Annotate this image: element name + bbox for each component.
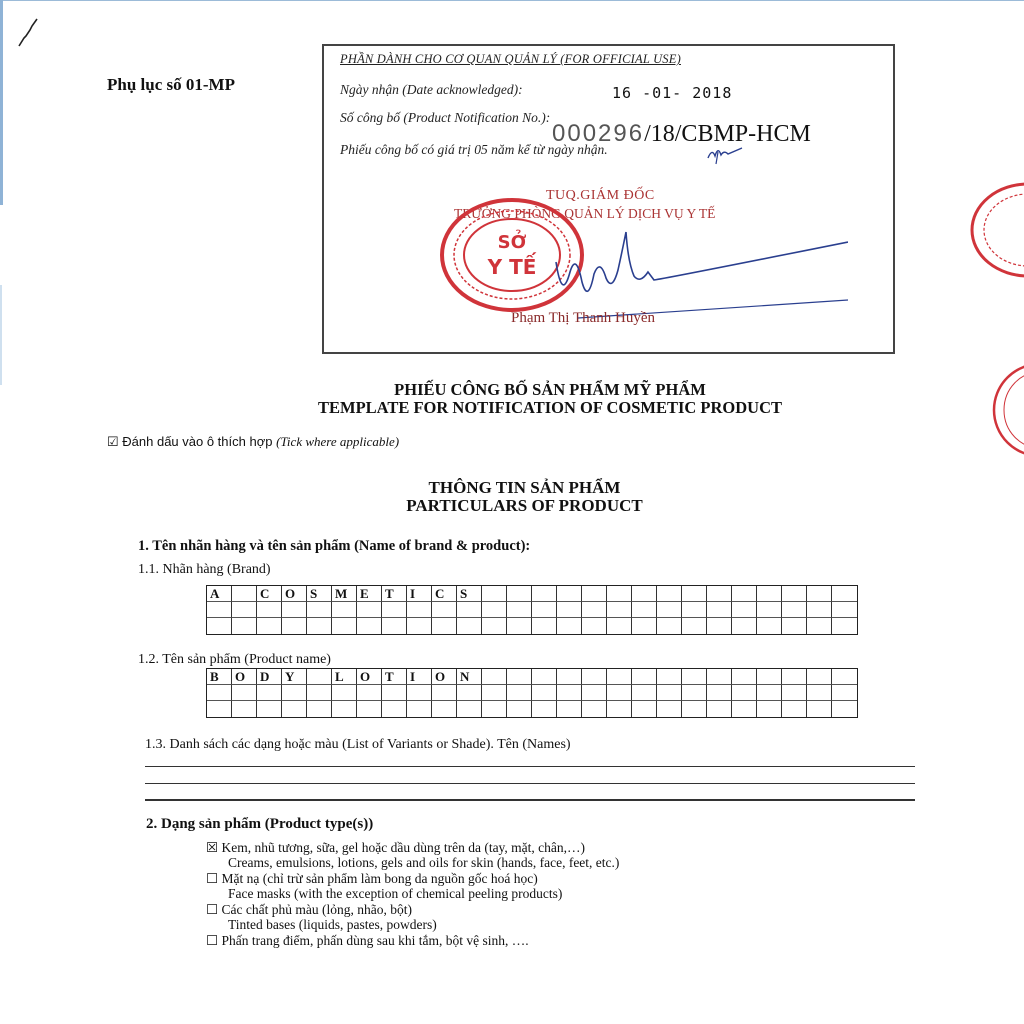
- grid-cell[interactable]: [607, 669, 632, 685]
- grid-cell[interactable]: L: [332, 669, 357, 685]
- appendix-label: Phụ lục số 01-MP: [107, 75, 235, 95]
- grid-cell[interactable]: [207, 618, 232, 634]
- grid-cell[interactable]: [232, 701, 257, 717]
- director-signature-icon: [548, 222, 848, 322]
- grid-cell[interactable]: [657, 669, 682, 685]
- grid-cell[interactable]: [332, 685, 357, 701]
- grid-cell[interactable]: [557, 618, 582, 634]
- grid-cell[interactable]: [457, 602, 482, 618]
- grid-cell[interactable]: [382, 618, 407, 634]
- section-title-en: PARTICULARS OF PRODUCT: [0, 496, 1024, 516]
- checkbox-checked-icon: ☑: [107, 434, 119, 449]
- notification-number-label: Số công bố (Product Notification No.):: [340, 110, 550, 126]
- grid-cell[interactable]: [832, 618, 857, 634]
- product-name-label: 1.2. Tên sản phẩm (Product name): [138, 652, 331, 668]
- grid-cell[interactable]: [507, 602, 532, 618]
- grid-cell[interactable]: [357, 701, 382, 717]
- grid-cell[interactable]: [757, 669, 782, 685]
- grid-cell[interactable]: Y: [282, 669, 307, 685]
- grid-cell[interactable]: [607, 602, 632, 618]
- grid-cell[interactable]: [807, 669, 832, 685]
- checkbox-empty-icon[interactable]: ☐: [206, 933, 218, 948]
- grid-cell[interactable]: [482, 602, 507, 618]
- grid-cell[interactable]: [507, 685, 532, 701]
- brand-label: 1.1. Nhãn hàng (Brand): [138, 562, 271, 578]
- grid-cell[interactable]: [432, 602, 457, 618]
- option-label-vi: Các chất phủ màu (lỏng, nhão, bột): [221, 902, 411, 917]
- option-label-vi: Phấn trang điểm, phấn dùng sau khi tắm, …: [221, 933, 528, 948]
- tick-note-vi: Đánh dấu vào ô thích hợp: [122, 434, 272, 449]
- product-name-grid[interactable]: BODYLOTION: [206, 668, 858, 718]
- grid-cell[interactable]: [382, 602, 407, 618]
- grid-cell[interactable]: [482, 618, 507, 634]
- grid-cell[interactable]: T: [382, 586, 407, 602]
- grid-cell[interactable]: [807, 685, 832, 701]
- grid-cell[interactable]: [532, 685, 557, 701]
- grid-cell[interactable]: [682, 586, 707, 602]
- grid-cell[interactable]: O: [357, 669, 382, 685]
- grid-cell[interactable]: [257, 701, 282, 717]
- grid-cell[interactable]: [557, 701, 582, 717]
- grid-cell[interactable]: B: [207, 669, 232, 685]
- grid-cell[interactable]: [832, 701, 857, 717]
- partial-stamp-icon: [968, 180, 1024, 280]
- grid-cell[interactable]: [807, 586, 832, 602]
- grid-cell[interactable]: [632, 669, 657, 685]
- grid-cell[interactable]: [457, 685, 482, 701]
- grid-cell[interactable]: [707, 602, 732, 618]
- grid-cell[interactable]: [232, 685, 257, 701]
- scan-edge-left-lower: [0, 285, 2, 385]
- form-title-en: TEMPLATE FOR NOTIFICATION OF COSMETIC PR…: [78, 398, 1022, 418]
- grid-cell[interactable]: N: [457, 669, 482, 685]
- grid-cell[interactable]: I: [407, 669, 432, 685]
- grid-cell[interactable]: [632, 586, 657, 602]
- grid-cell[interactable]: [832, 602, 857, 618]
- grid-cell[interactable]: [332, 618, 357, 634]
- grid-cell[interactable]: [807, 602, 832, 618]
- grid-cell[interactable]: [782, 602, 807, 618]
- grid-cell[interactable]: [332, 701, 357, 717]
- grid-cell[interactable]: [232, 586, 257, 602]
- grid-cell[interactable]: O: [432, 669, 457, 685]
- grid-cell[interactable]: [757, 685, 782, 701]
- grid-cell[interactable]: [682, 701, 707, 717]
- grid-cell[interactable]: [732, 701, 757, 717]
- grid-cell[interactable]: [707, 701, 732, 717]
- checkbox-empty-icon[interactable]: ☐: [206, 902, 218, 917]
- grid-cell[interactable]: A: [207, 586, 232, 602]
- grid-cell[interactable]: [407, 701, 432, 717]
- grid-cell[interactable]: [282, 618, 307, 634]
- grid-cell[interactable]: [357, 685, 382, 701]
- grid-cell[interactable]: O: [282, 586, 307, 602]
- option-label-en: Tinted bases (liquids, pastes, powders): [206, 917, 437, 932]
- grid-cell[interactable]: [482, 586, 507, 602]
- grid-cell[interactable]: [632, 701, 657, 717]
- grid-cell[interactable]: [282, 602, 307, 618]
- variants-line-2[interactable]: [145, 783, 915, 784]
- grid-cell[interactable]: [282, 701, 307, 717]
- grid-cell[interactable]: [507, 669, 532, 685]
- grid-cell[interactable]: [532, 602, 557, 618]
- grid-cell[interactable]: [357, 602, 382, 618]
- grid-cell[interactable]: [207, 685, 232, 701]
- grid-cell[interactable]: [582, 685, 607, 701]
- grid-cell[interactable]: M: [332, 586, 357, 602]
- grid-cell[interactable]: [557, 669, 582, 685]
- grid-cell[interactable]: [432, 618, 457, 634]
- grid-cell[interactable]: E: [357, 586, 382, 602]
- grid-cell[interactable]: S: [457, 586, 482, 602]
- grid-cell[interactable]: [657, 685, 682, 701]
- grid-cell[interactable]: [557, 685, 582, 701]
- grid-cell[interactable]: [682, 618, 707, 634]
- grid-cell[interactable]: [732, 618, 757, 634]
- variants-label: 1.3. Danh sách các dạng hoặc màu (List o…: [145, 737, 571, 753]
- grid-cell[interactable]: T: [382, 669, 407, 685]
- grid-cell[interactable]: [357, 618, 382, 634]
- grid-cell[interactable]: [832, 685, 857, 701]
- date-acknowledged-label: Ngày nhận (Date acknowledged):: [340, 82, 523, 98]
- grid-cell[interactable]: [757, 618, 782, 634]
- grid-cell[interactable]: [582, 586, 607, 602]
- grid-cell[interactable]: [757, 701, 782, 717]
- grid-cell[interactable]: [482, 701, 507, 717]
- official-use-box: PHẦN DÀNH CHO CƠ QUAN QUẢN LÝ (FOR OFFIC…: [322, 44, 895, 354]
- variants-line-3[interactable]: [145, 799, 915, 801]
- section-2-heading: 2. Dạng sản phẩm (Product type(s)): [146, 816, 373, 833]
- grid-cell[interactable]: [507, 701, 532, 717]
- grid-cell[interactable]: [482, 669, 507, 685]
- option-label-vi: Kem, nhũ tương, sữa, gel hoặc dầu dùng t…: [221, 840, 585, 855]
- grid-cell[interactable]: [707, 669, 732, 685]
- grid-cell[interactable]: D: [257, 669, 282, 685]
- grid-cell[interactable]: [632, 602, 657, 618]
- svg-text:SỞ: SỞ: [498, 229, 527, 253]
- scan-edge-top: [0, 0, 1024, 1]
- grid-cell[interactable]: [257, 602, 282, 618]
- grid-cell[interactable]: [782, 586, 807, 602]
- official-use-heading: PHẦN DÀNH CHO CƠ QUAN QUẢN LÝ (FOR OFFIC…: [340, 52, 681, 67]
- grid-cell[interactable]: [707, 586, 732, 602]
- grid-cell[interactable]: [532, 701, 557, 717]
- grid-cell[interactable]: [732, 602, 757, 618]
- form-title-vi: PHIẾU CÔNG BỐ SẢN PHẨM MỸ PHẨM: [78, 380, 1022, 400]
- option-label-vi: Mặt nạ (chỉ trừ sản phẩm làm bong da ngu…: [221, 871, 537, 886]
- grid-cell[interactable]: [432, 685, 457, 701]
- grid-cell[interactable]: [832, 669, 857, 685]
- grid-cell[interactable]: [582, 602, 607, 618]
- grid-cell[interactable]: I: [407, 586, 432, 602]
- grid-cell[interactable]: [282, 685, 307, 701]
- grid-cell[interactable]: [607, 685, 632, 701]
- grid-cell[interactable]: [507, 618, 532, 634]
- grid-cell[interactable]: [207, 701, 232, 717]
- grid-cell[interactable]: [207, 602, 232, 618]
- grid-cell[interactable]: [407, 618, 432, 634]
- pen-mark-icon: [16, 16, 40, 48]
- grid-cell[interactable]: [257, 685, 282, 701]
- grid-cell[interactable]: [782, 669, 807, 685]
- date-acknowledged-value: 16 -01- 2018: [612, 84, 732, 102]
- grid-cell[interactable]: [807, 701, 832, 717]
- product-type-option-face-masks[interactable]: ☐ Mặt nạ (chỉ trừ sản phẩm làm bong da n…: [206, 871, 562, 901]
- product-type-option-powders[interactable]: ☐ Phấn trang điểm, phấn dùng sau khi tắm…: [206, 933, 529, 948]
- validity-text: Phiếu công bố có giá trị 05 năm kể từ ng…: [340, 142, 608, 158]
- grid-cell[interactable]: [307, 618, 332, 634]
- grid-cell[interactable]: [682, 602, 707, 618]
- grid-cell[interactable]: S: [307, 586, 332, 602]
- grid-cell[interactable]: [657, 701, 682, 717]
- grid-cell[interactable]: [732, 669, 757, 685]
- grid-cell[interactable]: [582, 701, 607, 717]
- grid-cell[interactable]: [582, 618, 607, 634]
- grid-cell[interactable]: [532, 618, 557, 634]
- grid-cell[interactable]: [407, 685, 432, 701]
- option-label-en: Face masks (with the exception of chemic…: [206, 886, 562, 901]
- grid-cell[interactable]: [682, 685, 707, 701]
- variants-line-1[interactable]: [145, 766, 915, 767]
- grid-cell[interactable]: [732, 586, 757, 602]
- grid-cell[interactable]: [507, 586, 532, 602]
- grid-cell[interactable]: [657, 602, 682, 618]
- checkbox-crossed-icon[interactable]: ☒: [206, 840, 218, 855]
- product-type-option-creams[interactable]: ☒ Kem, nhũ tương, sữa, gel hoặc dầu dùng…: [206, 840, 619, 870]
- grid-cell[interactable]: [432, 701, 457, 717]
- grid-cell[interactable]: [607, 586, 632, 602]
- product-type-option-tinted-bases[interactable]: ☐ Các chất phủ màu (lỏng, nhão, bột) Tin…: [206, 902, 437, 932]
- svg-text:Y TẾ: Y TẾ: [487, 253, 537, 279]
- grid-cell[interactable]: [782, 701, 807, 717]
- tick-note-en: (Tick where applicable): [276, 434, 399, 449]
- grid-cell[interactable]: [307, 685, 332, 701]
- grid-cell[interactable]: [557, 586, 582, 602]
- grid-cell[interactable]: [782, 618, 807, 634]
- grid-cell[interactable]: [307, 701, 332, 717]
- signatory-name: Phạm Thị Thanh Huyền: [511, 310, 655, 327]
- grid-cell[interactable]: [257, 618, 282, 634]
- grid-cell[interactable]: [232, 602, 257, 618]
- grid-cell[interactable]: [632, 618, 657, 634]
- tick-note: ☑ Đánh dấu vào ô thích hợp (Tick where a…: [107, 434, 399, 450]
- grid-cell[interactable]: [707, 685, 732, 701]
- grid-cell[interactable]: C: [432, 586, 457, 602]
- grid-cell[interactable]: [532, 669, 557, 685]
- grid-cell[interactable]: [557, 602, 582, 618]
- grid-cell[interactable]: [657, 586, 682, 602]
- grid-cell[interactable]: [582, 669, 607, 685]
- grid-cell[interactable]: [607, 701, 632, 717]
- grid-cell[interactable]: [632, 685, 657, 701]
- grid-cell[interactable]: [382, 685, 407, 701]
- grid-cell[interactable]: C: [257, 586, 282, 602]
- grid-cell[interactable]: [232, 618, 257, 634]
- option-label-en: Creams, emulsions, lotions, gels and oil…: [206, 855, 619, 870]
- scan-edge-left: [0, 0, 3, 205]
- grid-cell[interactable]: [707, 618, 732, 634]
- section-title-vi: THÔNG TIN SẢN PHẨM: [0, 478, 1024, 498]
- grid-cell[interactable]: [407, 602, 432, 618]
- grid-cell[interactable]: [682, 669, 707, 685]
- grid-cell[interactable]: [457, 701, 482, 717]
- grid-cell[interactable]: [482, 685, 507, 701]
- brand-name-grid[interactable]: ACOSMETICS: [206, 585, 858, 635]
- grid-cell[interactable]: [757, 586, 782, 602]
- checkbox-empty-icon[interactable]: ☐: [206, 871, 218, 886]
- grid-cell[interactable]: [307, 602, 332, 618]
- grid-cell[interactable]: [382, 701, 407, 717]
- initials-signature-icon: [706, 142, 746, 166]
- grid-cell[interactable]: [807, 618, 832, 634]
- grid-cell[interactable]: [307, 669, 332, 685]
- grid-cell[interactable]: [782, 685, 807, 701]
- grid-cell[interactable]: O: [232, 669, 257, 685]
- grid-cell[interactable]: [532, 586, 557, 602]
- section-1-heading: 1. Tên nhãn hàng và tên sản phẩm (Name o…: [138, 538, 530, 555]
- grid-cell[interactable]: [757, 602, 782, 618]
- grid-cell[interactable]: [832, 586, 857, 602]
- grid-cell[interactable]: [607, 618, 632, 634]
- grid-cell[interactable]: [657, 618, 682, 634]
- grid-cell[interactable]: [457, 618, 482, 634]
- grid-cell[interactable]: [732, 685, 757, 701]
- grid-cell[interactable]: [332, 602, 357, 618]
